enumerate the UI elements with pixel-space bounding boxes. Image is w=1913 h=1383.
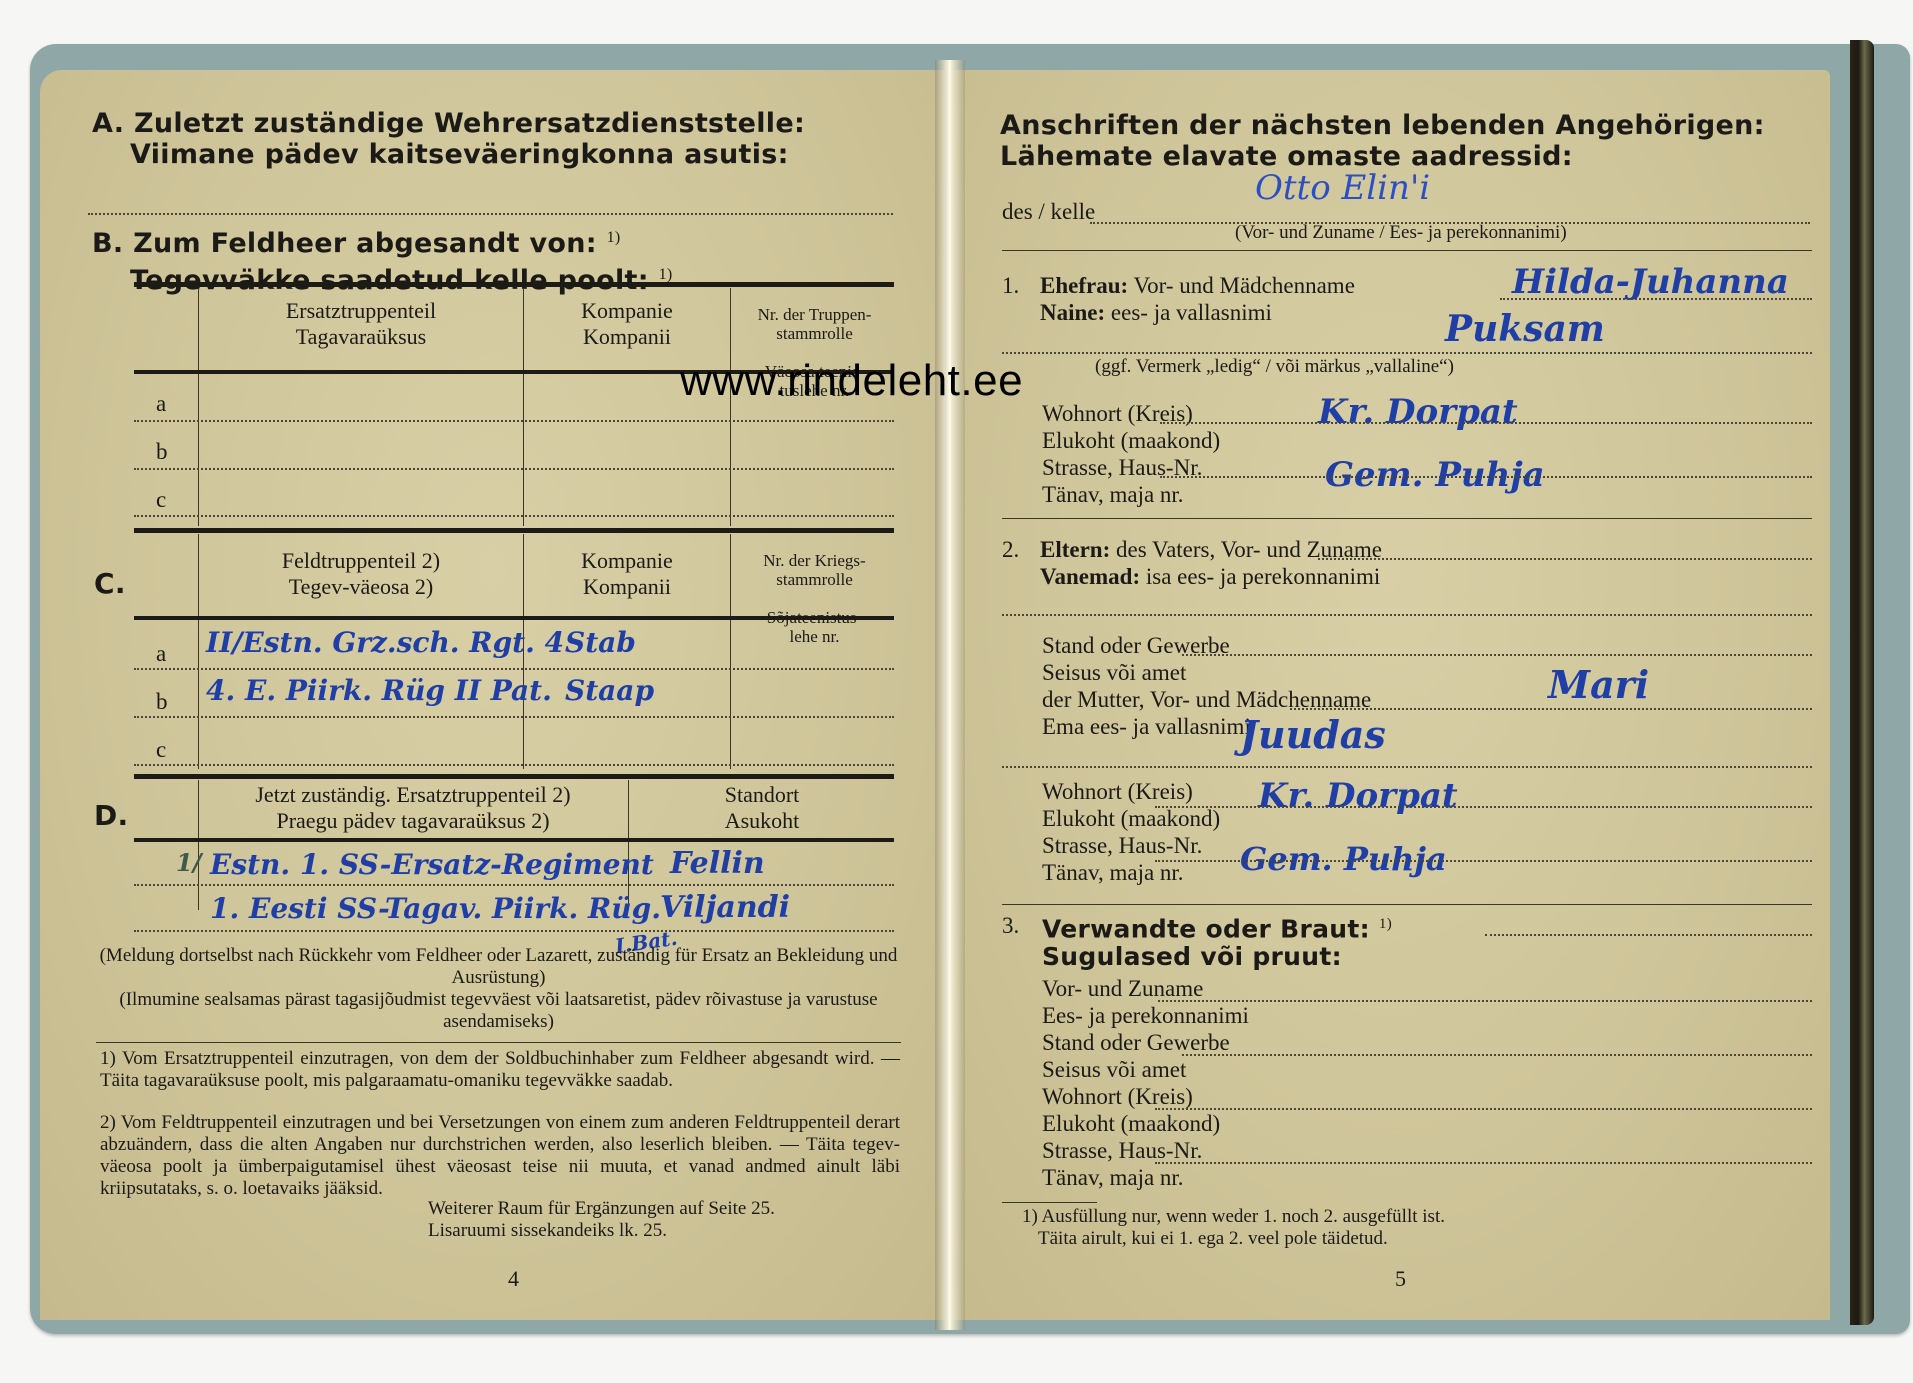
col-header-de: Ersatztruppenteil — [200, 298, 522, 324]
more-space-de: Weiterer Raum für Ergänzungen auf Seite … — [428, 1198, 775, 1220]
note-de: (Meldung dortselbst nach Rückkehr vom Fe… — [96, 945, 901, 989]
footnote-text: Vom Feldtruppenteil einzutragen und bei … — [100, 1112, 900, 1199]
wife-street-field[interactable] — [1160, 476, 1812, 478]
section-letter: D. — [94, 800, 128, 831]
table-row[interactable] — [134, 764, 894, 766]
table-divider — [730, 288, 731, 526]
des-kelle-caption: (Vor- und Zuname / Ees- ja perekonnanimi… — [1235, 222, 1567, 244]
handwritten-wife-street: Gem. Puhja — [1325, 455, 1545, 495]
page-number-left: 4 — [508, 1266, 519, 1292]
label: Ees- ja perekonnanimi — [1042, 1002, 1249, 1029]
wife-maiden-field[interactable] — [1002, 352, 1812, 354]
footnote-ref: 1) — [659, 266, 673, 283]
relatives-heading: Verwandte oder Braut: 1) Sugulased või p… — [1042, 910, 1392, 971]
table-divider — [628, 780, 629, 910]
parents-residence-labels: Wohnort (Kreis) Elukoht (maakond) Strass… — [1042, 778, 1220, 886]
table-divider — [198, 780, 199, 910]
footnote-mark: 1) — [100, 1048, 116, 1069]
footnote-divider — [1002, 1202, 1097, 1203]
table-row[interactable] — [134, 420, 894, 422]
parents-residence-field[interactable] — [1155, 806, 1812, 808]
item-number: 2. — [1002, 536, 1019, 563]
footnote-et: Täita airult, kui ei 1. ega 2. veel pole… — [1022, 1228, 1445, 1250]
table-row[interactable] — [134, 515, 894, 517]
label-de: Vor- und Mädchenname — [1134, 273, 1355, 298]
handwritten-prefix: 1/ — [176, 848, 201, 877]
heading-de: Verwandte oder Braut: — [1042, 914, 1370, 943]
parents-label: Eltern: des Vaters, Vor- und Zuname Vane… — [1040, 536, 1382, 590]
footnote-mark: 2) — [100, 1112, 116, 1133]
table-row[interactable] — [134, 716, 894, 718]
section-letter: A. — [92, 108, 124, 139]
col-header-location: Standort Asukoht — [630, 782, 894, 834]
table-row[interactable] — [134, 884, 894, 886]
row-label: a — [156, 640, 166, 667]
label: Elukoht (maakond) — [1042, 427, 1220, 454]
label-et: ees- ja vallasnimi — [1111, 300, 1272, 325]
section-divider — [1002, 250, 1812, 251]
section-b-title-et: Tegevväkke saadetud kelle poolt: — [92, 265, 649, 296]
table-row[interactable] — [134, 930, 894, 932]
col-header-de: Nr. der Truppen- stammrolle — [732, 305, 897, 343]
table-divider — [730, 534, 731, 769]
col-header-et: Asukoht — [630, 808, 894, 834]
handwritten-location: Fellin — [670, 846, 765, 881]
col-header-de: Nr. der Kriegs- stammrolle — [732, 551, 897, 589]
handwritten-wife-first-names: Hilda-Juhanna — [1512, 262, 1789, 302]
handwritten-parents-residence: Kr. Dorpat — [1258, 776, 1458, 816]
footnote-2: 2) Vom Feldtruppenteil einzutragen und b… — [100, 1112, 900, 1200]
col-header-et: Tagavaraüksus — [200, 324, 522, 350]
heading-de: Ehefrau: — [1040, 273, 1128, 298]
label: Stand oder Gewerbe — [1042, 1029, 1249, 1056]
handwritten-wife-residence: Kr. Dorpat — [1318, 392, 1518, 432]
handwritten-company: Stab — [565, 626, 636, 659]
mother-maiden-field[interactable] — [1002, 766, 1812, 768]
section-a-field[interactable] — [88, 213, 893, 215]
table-c-header-rule — [134, 616, 894, 620]
mother-name-field[interactable] — [1290, 708, 1812, 710]
title-de: Anschriften der nächsten lebenden Angehö… — [1000, 110, 1765, 141]
table-divider — [198, 534, 199, 769]
heading-et: Naine: — [1040, 300, 1105, 325]
table-d-top-rule — [134, 774, 894, 779]
col-header-unit: Ersatztruppenteil Tagavaraüksus — [200, 298, 522, 350]
label: Strasse, Haus-Nr. — [1042, 832, 1220, 859]
label: Wohnort (Kreis) — [1042, 778, 1220, 805]
label: Elukoht (maakond) — [1042, 805, 1220, 832]
footnote-mark: 1) — [1022, 1206, 1038, 1227]
handwritten-unit: Estn. 1. SS-Ersatz-Regiment — [210, 848, 654, 881]
handwritten-unit: 4. E. Piirk. Rüg II Pat. — [206, 674, 552, 707]
handwritten-location: Viljandi — [660, 890, 790, 925]
handwritten-mother-first-name: Mari — [1548, 662, 1649, 707]
table-divider — [523, 288, 524, 526]
col-header-de: Standort — [630, 782, 894, 808]
des-kelle-label: des / kelle — [1002, 198, 1095, 225]
handwritten-soldier-name: Otto Elin'i — [1255, 168, 1430, 208]
row-label: a — [156, 390, 166, 417]
wife-residence-field[interactable] — [1160, 422, 1812, 424]
relatives-labels: Vor- und Zuname Ees- ja perekonnanimi St… — [1042, 975, 1249, 1191]
col-header-et: Sõjateenistus- lehe nr. — [732, 608, 897, 646]
row-label: c — [156, 736, 166, 763]
label: Tänav, maja nr. — [1042, 481, 1220, 508]
wife-label: Ehefrau: Vor- und Mädchenname Naine: ees… — [1040, 272, 1355, 326]
section-letter: C. — [94, 568, 126, 599]
wife-name-field[interactable] — [1500, 298, 1812, 300]
section-a-title: A. Zuletzt zuständige Wehrersatzdienstst… — [92, 108, 805, 170]
col-header-de: Kompanie — [525, 298, 729, 324]
handwritten-company: Staap — [565, 674, 654, 707]
relatives-residence-field[interactable] — [1155, 1108, 1812, 1110]
row-label: c — [156, 486, 166, 513]
label: Vor- und Zuname — [1042, 975, 1249, 1002]
section-d-note: (Meldung dortselbst nach Rückkehr vom Fe… — [96, 945, 901, 1033]
more-space-et: Lisaruumi sissekandeiks lk. 25. — [428, 1220, 775, 1242]
col-header-de: Kompanie — [525, 548, 729, 574]
note-et: (Ilmumine sealsamas pärast tagasijõudmis… — [96, 989, 901, 1033]
col-header-de: Jetzt zuständig. Ersatztruppenteil 2) — [200, 782, 626, 808]
right-footnote: 1) Ausfüllung nur, wenn weder 1. noch 2.… — [1022, 1206, 1445, 1250]
table-d-header-rule — [134, 838, 894, 842]
footnote-1: 1) Vom Ersatztruppenteil einzutragen, vo… — [100, 1048, 900, 1092]
section-b-title-de: Zum Feldheer abgesandt von: — [133, 228, 597, 259]
col-header-company: Kompanie Kompanii — [525, 548, 729, 600]
label: Wohnort (Kreis) — [1042, 1083, 1249, 1110]
section-a-title-de: Zuletzt zuständige Wehrersatzdienststell… — [134, 108, 805, 139]
occupation-field[interactable] — [1182, 654, 1812, 656]
handwritten-parents-street: Gem. Puhja — [1240, 840, 1447, 878]
section-letter: B. — [92, 228, 123, 259]
col-header-company: Kompanie Kompanii — [525, 298, 729, 350]
label: Elukoht (maakond) — [1042, 1110, 1249, 1137]
table-divider — [198, 288, 199, 526]
col-header-et: Praegu pädev tagavaraüksus 2) — [200, 808, 626, 834]
handwritten-wife-maiden-name: Puksam — [1445, 308, 1605, 350]
footnote-text: Vom Ersatztruppenteil einzutragen, von d… — [100, 1048, 900, 1091]
label: Seisus või amet — [1042, 659, 1371, 686]
more-space-note: Weiterer Raum für Ergänzungen auf Seite … — [428, 1198, 775, 1242]
relatives-street-field[interactable] — [1155, 1162, 1812, 1164]
col-header-et: Kompanii — [525, 324, 729, 350]
col-header-et: Kompanii — [525, 574, 729, 600]
footnote-ref: 1) — [1379, 916, 1392, 932]
heading-de: Eltern: — [1040, 537, 1110, 562]
col-header-de: Feldtruppenteil 2) — [200, 548, 522, 574]
heading-et: Vanemad: — [1040, 564, 1140, 589]
item-number: 1. — [1002, 272, 1019, 299]
col-header-unit: Jetzt zuständig. Ersatztruppenteil 2) Pr… — [200, 782, 626, 834]
book-spine — [935, 60, 965, 1330]
father-name-field[interactable] — [1318, 558, 1812, 560]
handwritten-unit: II/Estn. Grz.sch. Rgt. 4 — [206, 626, 564, 659]
cover-edge — [1850, 40, 1874, 1325]
row-label: b — [156, 438, 168, 465]
wife-note: (ggf. Vermerk „ledig“ / või märkus „vall… — [1095, 356, 1454, 378]
table-row[interactable] — [134, 668, 894, 670]
watermark-url: www.rindeleht.ee — [680, 356, 1023, 406]
col-header-et: Tegev-väeosa 2) — [200, 574, 522, 600]
label-et: isa ees- ja perekonnanimi — [1146, 564, 1380, 589]
parents-street-field[interactable] — [1155, 860, 1812, 862]
page-number-right: 5 — [1395, 1266, 1406, 1292]
item-number: 3. — [1002, 912, 1019, 939]
col-header-number: Nr. der Kriegs- stammrolle Sõjateenistus… — [732, 532, 897, 665]
label: Strasse, Haus-Nr. — [1042, 1137, 1249, 1164]
section-divider — [1002, 904, 1812, 905]
label: Tänav, maja nr. — [1042, 859, 1220, 886]
footnote-ref: 1) — [607, 229, 621, 246]
footnote-de: Ausfüllung nur, wenn weder 1. noch 2. au… — [1042, 1206, 1445, 1227]
table-row[interactable] — [134, 468, 894, 470]
relatives-name-field[interactable] — [1158, 1000, 1812, 1002]
col-header-unit: Feldtruppenteil 2) Tegev-väeosa 2) — [200, 548, 522, 600]
wife-residence-labels: Wohnort (Kreis) Elukoht (maakond) Strass… — [1042, 400, 1220, 508]
father-name-field-2[interactable] — [1002, 614, 1812, 616]
handwritten-unit: 1. Eesti SS-Tagav. Piirk. Rüg. — [210, 892, 661, 925]
section-a-title-et: Viimane pädev kaitseväeringkonna asutis: — [92, 139, 789, 170]
section-divider — [1002, 518, 1812, 519]
relatives-field[interactable] — [1485, 934, 1812, 936]
right-page-title: Anschriften der nächsten lebenden Angehö… — [1000, 110, 1765, 172]
label: Seisus või amet — [1042, 1056, 1249, 1083]
handwritten-mother-maiden-name: Juudas — [1240, 712, 1386, 757]
heading-et: Sugulased või pruut: — [1042, 942, 1342, 971]
relatives-occupation-field[interactable] — [1182, 1054, 1812, 1056]
label: Tänav, maja nr. — [1042, 1164, 1249, 1191]
footnote-divider — [96, 1042, 901, 1043]
row-label: b — [156, 688, 168, 715]
